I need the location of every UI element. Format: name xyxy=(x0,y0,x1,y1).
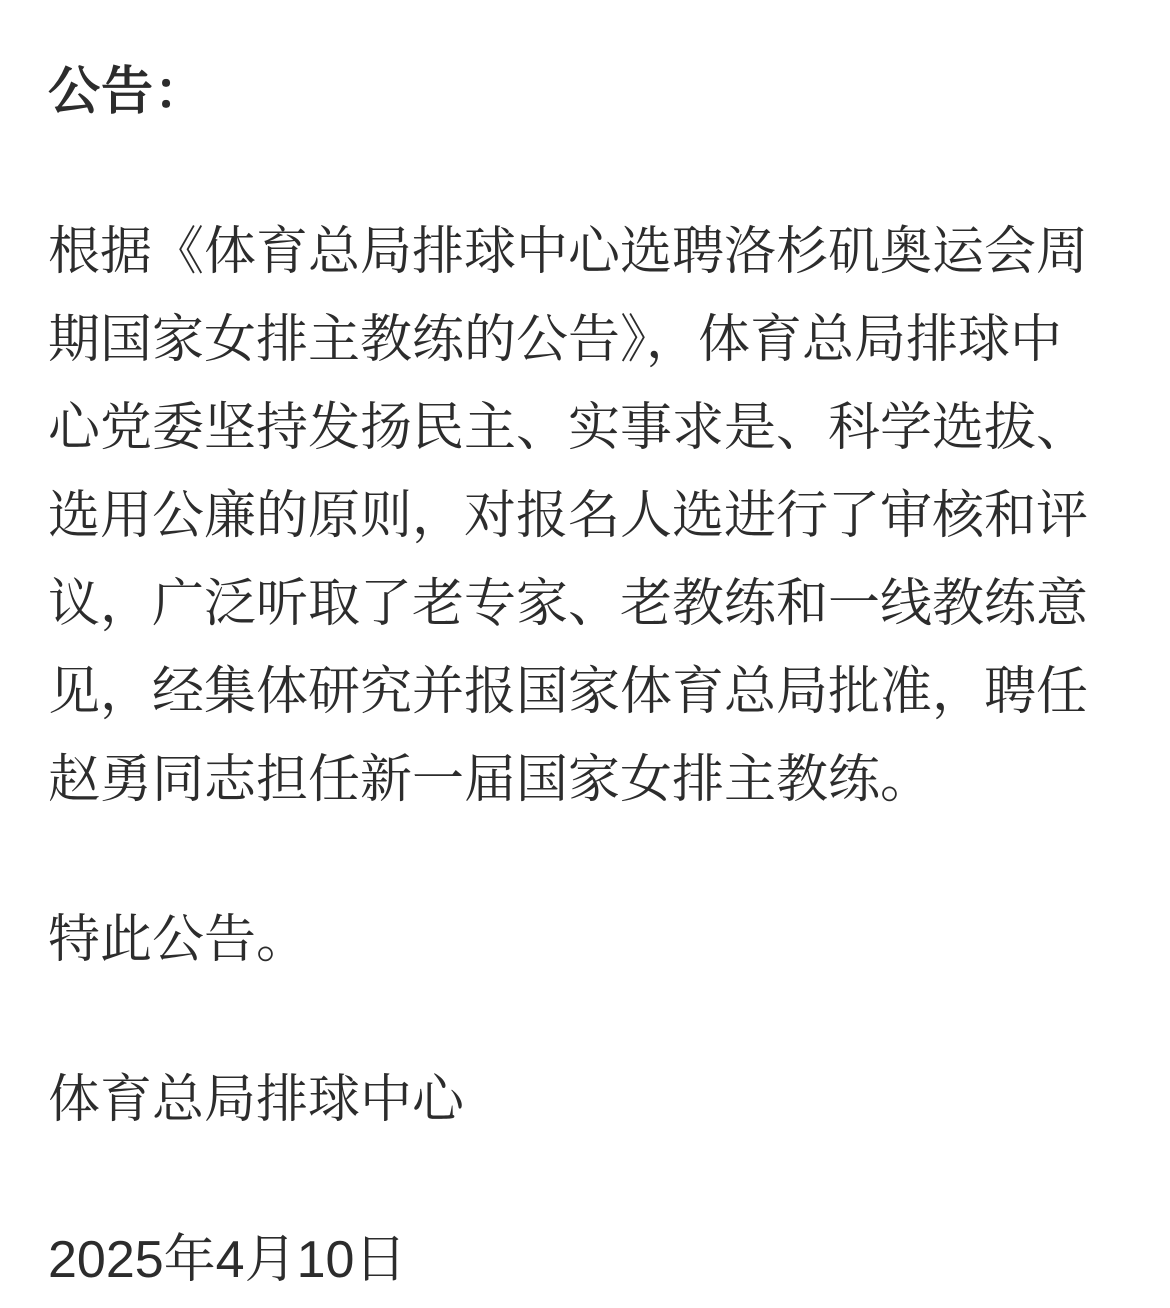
announcement-document: 公告： 根据《体育总局排球中心选聘洛杉矶奥运会周 期国家女排主教练的公告》，体育… xyxy=(0,0,1170,1308)
issuer-signature: 体育总局排球中心 xyxy=(48,1056,1124,1144)
page-title: 公告： xyxy=(48,48,1124,136)
body-line: 选用公廉的原则，对报名人选进行了审核和评 xyxy=(48,472,1124,560)
announcement-date: 2025年4月10日 xyxy=(48,1216,1124,1304)
body-line: 期国家女排主教练的公告》，体育总局排球中 xyxy=(48,296,1124,384)
body-line: 根据《体育总局排球中心选聘洛杉矶奥运会周 xyxy=(48,208,1124,296)
body-line: 赵勇同志担任新一届国家女排主教练。 xyxy=(48,736,1124,824)
body-line: 见，经集体研究并报国家体育总局批准，聘任 xyxy=(48,648,1124,736)
announcement-body: 根据《体育总局排球中心选聘洛杉矶奥运会周 期国家女排主教练的公告》，体育总局排球… xyxy=(48,208,1124,824)
body-line: 议，广泛听取了老专家、老教练和一线教练意 xyxy=(48,560,1124,648)
body-line: 心党委坚持发扬民主、实事求是、科学选拔、 xyxy=(48,384,1124,472)
closing-statement: 特此公告。 xyxy=(48,896,1124,984)
